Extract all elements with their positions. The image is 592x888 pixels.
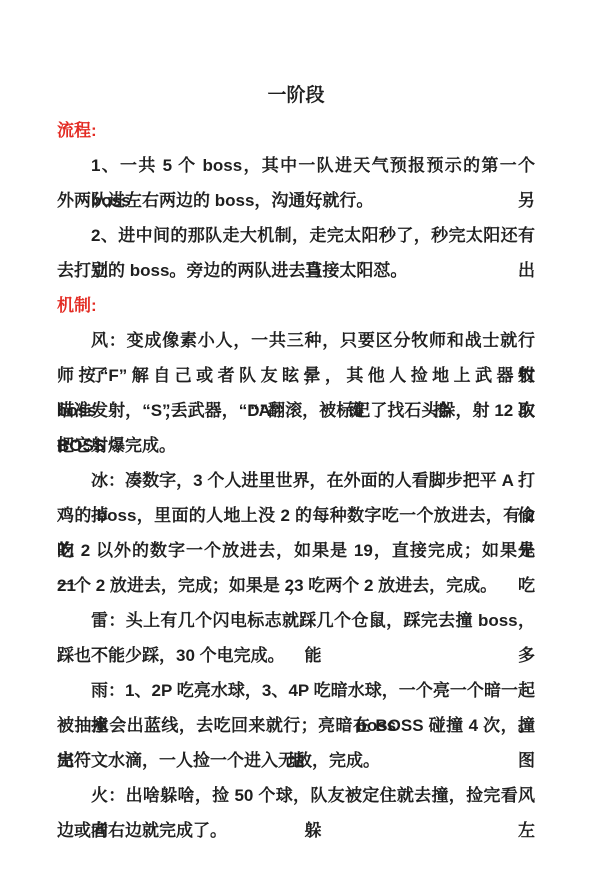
paragraph-line-ice-1: 冰：凑数字，3 个人进里世界，在外面的人看脚步把平 A 打掉偷 <box>57 463 535 498</box>
paragraph-line-ice-2: 鸡的 boss，里面的人地上没 2 的每种数字吃一个放进去，有 2 的先 <box>57 498 535 533</box>
paragraph-line-wind-2: 师按“F”解自己或者队友眩晕，其他人捡地上武器射 boss，“A”键拾取 <box>57 358 535 393</box>
paragraph-line-wind-4: 把它射爆完成。 <box>57 428 535 463</box>
doc-title: 一阶段 <box>57 78 535 113</box>
paragraph-line-wind-1: 风：变成像素小人，一共三种，只要区分牧师和战士就行了，牧 <box>57 323 535 358</box>
paragraph-line-thunder-1: 雷：头上有几个闪电标志就踩几个仓鼠，踩完去撞 boss，不能多 <box>57 603 535 638</box>
paragraph-line-wind-3: 瞄准发射，“S”丢武器，“D”翻滚，被标记了找石头躲，射 12 次 BOSS <box>57 393 535 428</box>
section-heading-mechanics: 机制: <box>57 288 535 323</box>
section-heading-flow: 流程: <box>57 113 535 148</box>
paragraph-line-flow2-1: 2、进中间的那队走大机制，走完太阳秒了，秒完太阳还有立马出 <box>57 218 535 253</box>
document-page: 一阶段 流程: 1、一共 5 个 boss，其中一队进天气预报预示的第一个 bo… <box>0 0 592 888</box>
paragraph-line-flow1-1: 1、一共 5 个 boss，其中一队进天气预报预示的第一个 boss，另 <box>57 148 535 183</box>
paragraph-line-ice-3: 吃 2 以外的数字一个放进去，如果是 19，直接完成；如果是 21，吃 <box>57 533 535 568</box>
paragraph-line-fire-1: 火：出啥躲啥，捡 50 个球，队友被定住就去撞，捡完看风向躲左 <box>57 778 535 813</box>
paragraph-line-rain-1: 雨：1、2P 吃亮水球，3、4P 吃暗水球，一个亮一个暗一起撞 boss。 <box>57 673 535 708</box>
paragraph-line-ice-4: 一个 2 放进去，完成；如果是 23 吃两个 2 放进去，完成。 <box>57 568 535 603</box>
paragraph-line-rain-2: 被抽水会出蓝线，去吃回来就行；亮暗在 BOSS 碰撞 4 次，撞完地图 <box>57 708 535 743</box>
